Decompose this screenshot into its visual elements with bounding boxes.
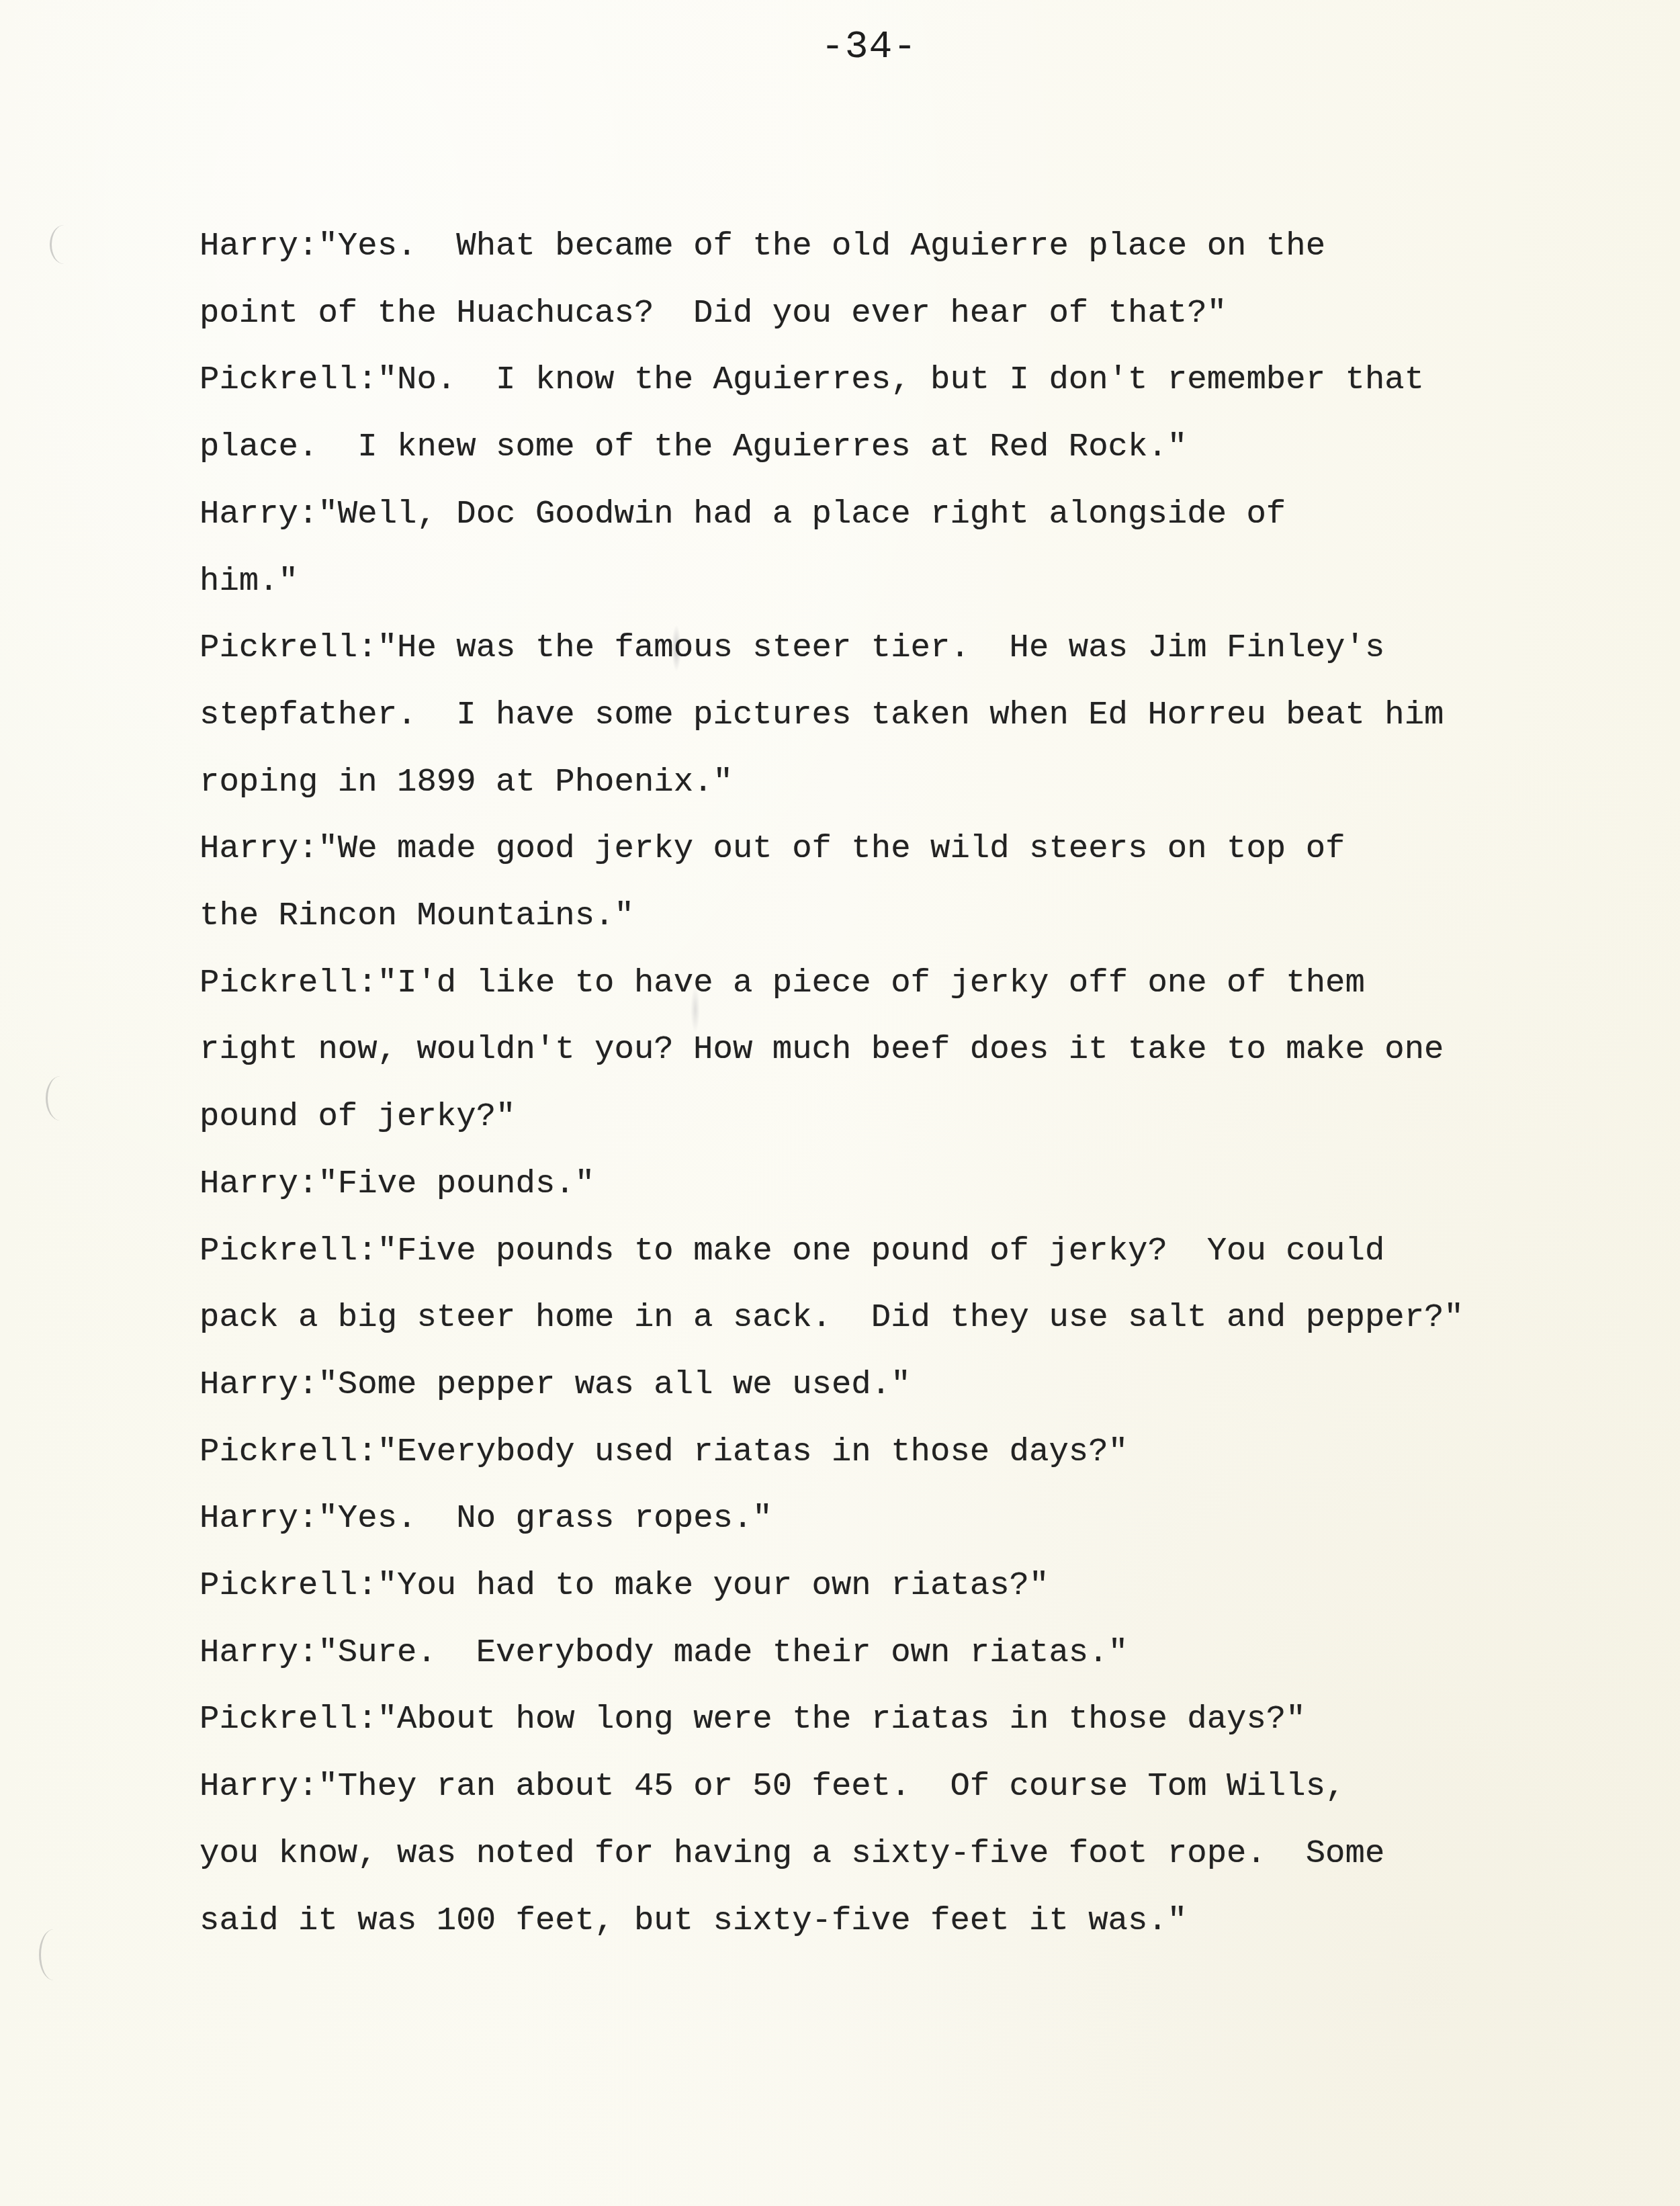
speech-text: "I'd like to have a piece of jerky off o… xyxy=(378,964,1365,1002)
dialogue-continuation-line: place. I knew some of the Aguierres at R… xyxy=(200,427,1187,467)
speaker-label: Pickrell: xyxy=(200,629,378,666)
speech-text: you know, was noted for having a sixty-f… xyxy=(200,1835,1384,1872)
speech-text: "Yes. What became of the old Aguierre pl… xyxy=(318,227,1325,265)
dialogue-line: Pickrell:"He was the famous steer tier. … xyxy=(200,627,1384,668)
speech-text: the Rincon Mountains." xyxy=(200,897,634,934)
speech-text: stepfather. I have some pictures taken w… xyxy=(200,696,1444,734)
speech-text: "No. I know the Aguierres, but I don't r… xyxy=(378,361,1424,398)
dialogue-line: Harry:"They ran about 45 or 50 feet. Of … xyxy=(200,1766,1345,1806)
dialogue-line: Pickrell:"No. I know the Aguierres, but … xyxy=(200,359,1424,400)
dialogue-line: Pickrell:"Five pounds to make one pound … xyxy=(200,1231,1384,1271)
speech-text: pack a big steer home in a sack. Did the… xyxy=(200,1298,1464,1336)
dialogue-line: Pickrell:"Everybody used riatas in those… xyxy=(200,1431,1128,1472)
speech-text: "About how long were the riatas in those… xyxy=(378,1700,1306,1738)
speaker-label: Pickrell: xyxy=(200,1232,378,1270)
speaker-label: Pickrell: xyxy=(200,964,378,1002)
speaker-label: Harry: xyxy=(200,830,318,867)
dialogue-continuation-line: you know, was noted for having a sixty-f… xyxy=(200,1833,1384,1873)
speech-text: "He was the famous steer tier. He was Ji… xyxy=(378,629,1385,666)
speaker-label: Pickrell: xyxy=(200,1700,378,1738)
speaker-label: Pickrell: xyxy=(200,1567,378,1604)
dialogue-continuation-line: roping in 1899 at Phoenix." xyxy=(200,762,733,802)
dialogue-line: Pickrell:"I'd like to have a piece of je… xyxy=(200,963,1365,1003)
speaker-label: Pickrell: xyxy=(200,1433,378,1470)
speech-text: "They ran about 45 or 50 feet. Of course… xyxy=(318,1767,1345,1805)
dialogue-line: Harry:"Yes. No grass ropes." xyxy=(200,1498,772,1538)
dialogue-continuation-line: stepfather. I have some pictures taken w… xyxy=(200,695,1444,735)
speech-text: "Well, Doc Goodwin had a place right alo… xyxy=(318,495,1286,533)
dialogue-line: Pickrell:"You had to make your own riata… xyxy=(200,1565,1049,1605)
speaker-label: Harry: xyxy=(200,227,318,265)
speaker-label: Harry: xyxy=(200,1366,318,1403)
speech-text: "Everybody used riatas in those days?" xyxy=(378,1433,1128,1470)
dialogue-continuation-line: him." xyxy=(200,561,298,601)
dialogue-line: Harry:"Sure. Everybody made their own ri… xyxy=(200,1632,1128,1673)
speech-text: him." xyxy=(200,562,298,600)
speaker-label: Harry: xyxy=(200,495,318,533)
dialogue-line: Harry:"Some pepper was all we used." xyxy=(200,1364,911,1405)
dialogue-continuation-line: the Rincon Mountains." xyxy=(200,895,634,936)
speech-text: "Yes. No grass ropes." xyxy=(318,1499,772,1537)
speech-text: "You had to make your own riatas?" xyxy=(378,1567,1049,1604)
dialogue-line: Pickrell:"About how long were the riatas… xyxy=(200,1699,1306,1739)
speech-text: "Five pounds to make one pound of jerky?… xyxy=(378,1232,1385,1270)
speaker-label: Harry: xyxy=(200,1767,318,1805)
speech-text: "Some pepper was all we used." xyxy=(318,1366,910,1403)
speech-text: point of the Huachucas? Did you ever hea… xyxy=(200,294,1227,332)
speech-text: "We made good jerky out of the wild stee… xyxy=(318,830,1345,867)
speech-text: roping in 1899 at Phoenix." xyxy=(200,763,733,801)
dialogue-line: Harry:"Well, Doc Goodwin had a place rig… xyxy=(200,494,1286,534)
speech-text: "Five pounds." xyxy=(318,1165,594,1202)
speech-text: right now, wouldn't you? How much beef d… xyxy=(200,1030,1444,1068)
hole-punch-mark-bottom xyxy=(39,1929,68,1980)
speaker-label: Pickrell: xyxy=(200,361,378,398)
speech-text: pound of jerky?" xyxy=(200,1098,515,1135)
speech-text: "Sure. Everybody made their own riatas." xyxy=(318,1634,1128,1671)
hole-punch-mark-middle xyxy=(46,1076,75,1120)
dialogue-line: Harry:"We made good jerky out of the wil… xyxy=(200,828,1345,869)
speaker-label: Harry: xyxy=(200,1499,318,1537)
dialogue-line: Harry:"Yes. What became of the old Aguie… xyxy=(200,226,1325,266)
speaker-label: Harry: xyxy=(200,1634,318,1671)
dialogue-continuation-line: pound of jerky?" xyxy=(200,1096,515,1137)
dialogue-line: Harry:"Five pounds." xyxy=(200,1163,594,1204)
hole-punch-mark-top xyxy=(50,225,79,264)
speech-text: place. I knew some of the Aguierres at R… xyxy=(200,428,1187,466)
page-number: -34- xyxy=(821,24,917,71)
dialogue-continuation-line: said it was 100 feet, but sixty-five fee… xyxy=(200,1900,1187,1941)
speech-text: said it was 100 feet, but sixty-five fee… xyxy=(200,1902,1187,1939)
dialogue-continuation-line: right now, wouldn't you? How much beef d… xyxy=(200,1029,1444,1069)
dialogue-continuation-line: point of the Huachucas? Did you ever hea… xyxy=(200,293,1227,333)
dialogue-continuation-line: pack a big steer home in a sack. Did the… xyxy=(200,1297,1464,1337)
speaker-label: Harry: xyxy=(200,1165,318,1202)
